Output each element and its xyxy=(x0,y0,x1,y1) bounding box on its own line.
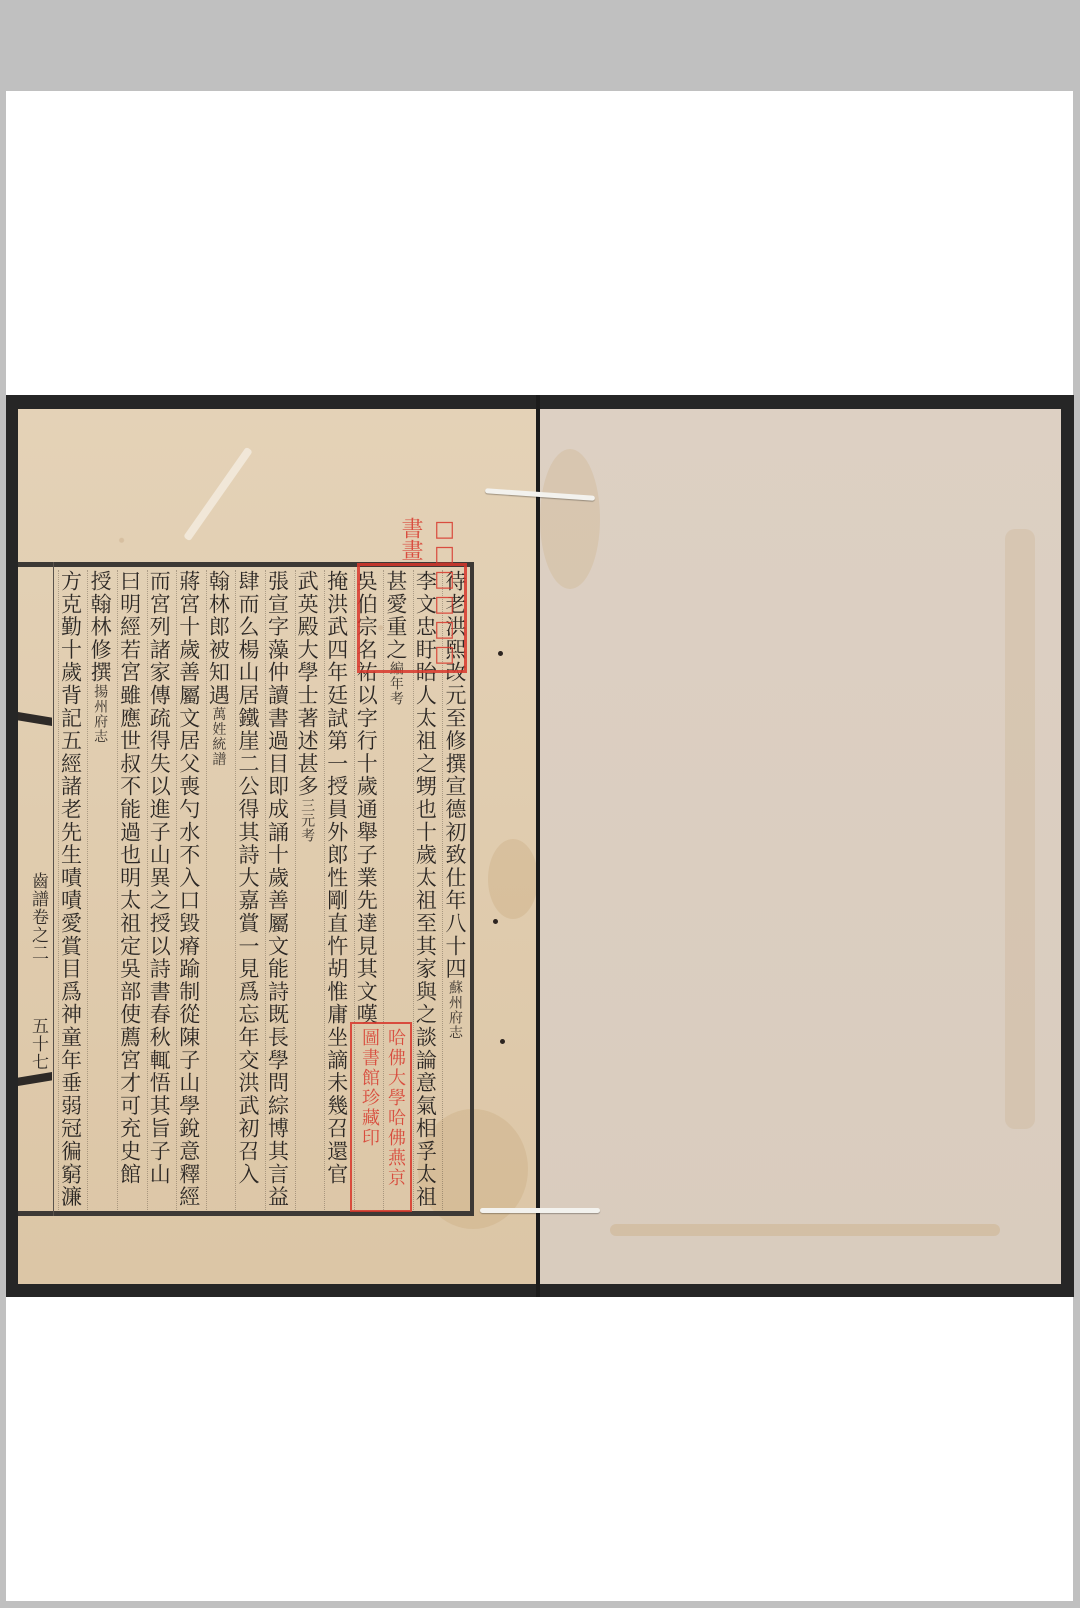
paper-stain xyxy=(540,449,600,589)
text-column: 掩洪武四年廷試第一授員外郎性剛直忤胡惟庸坐謫未幾召還官 xyxy=(324,570,350,1210)
text-column: 而宮列諸家傳疏得失以進子山異之授以詩書春秋輒悟其旨子山 xyxy=(147,570,173,1210)
text-column: 曰明經若宮雖應世叔不能過也明太祖定吳部使薦宮才可充史館 xyxy=(117,570,143,1210)
fish-tail-mark-bottom xyxy=(18,1072,52,1086)
wormhole xyxy=(498,651,503,656)
paper-tear xyxy=(183,447,253,542)
paper-stain xyxy=(1005,529,1035,1129)
centerfold: 齒譜卷之二 五十七 xyxy=(18,562,54,1216)
fold-title: 齒譜卷之二 xyxy=(26,872,51,962)
fold-page-number: 五十七 xyxy=(26,1017,51,1071)
text-column: 蔣宮十歲善屬文居父喪勺水不入口毀瘠踰制從陳子山學銳意釋經 xyxy=(176,570,202,1210)
text-column: 張宣字藻仲讀書過目即成誦十歲善屬文能詩既長學問綜博其言益 xyxy=(265,570,291,1210)
paper-stain xyxy=(488,839,538,919)
text-column: 肆而么楊山居鐵崖二公得其詩大嘉賞一見爲忘年交洪武初召入 xyxy=(235,570,261,1210)
collector-seal-top: □□□□□□書畫 xyxy=(357,563,467,673)
wormhole xyxy=(500,1039,505,1044)
book-gutter xyxy=(536,395,540,1297)
fish-tail-mark-top xyxy=(18,712,52,726)
text-column: 翰林郎被知遇萬姓統譜 xyxy=(206,570,232,1210)
text-column: 授翰林修撰揚州府志 xyxy=(87,570,113,1210)
harvard-yenching-seal: 哈佛大學哈佛燕京圖書館珍藏印 xyxy=(350,1022,412,1212)
text-column: 武英殿大學士著述甚多三元考 xyxy=(295,570,321,1210)
paper-stain xyxy=(610,1224,1000,1236)
wormhole xyxy=(493,919,498,924)
right-page xyxy=(540,409,1061,1284)
text-column: 方克勤十歲背記五經諸老先生嘖嘖愛賞目爲神童年垂弱冠徧窮濂 xyxy=(58,570,84,1210)
binding-thread-bottom xyxy=(480,1208,600,1213)
